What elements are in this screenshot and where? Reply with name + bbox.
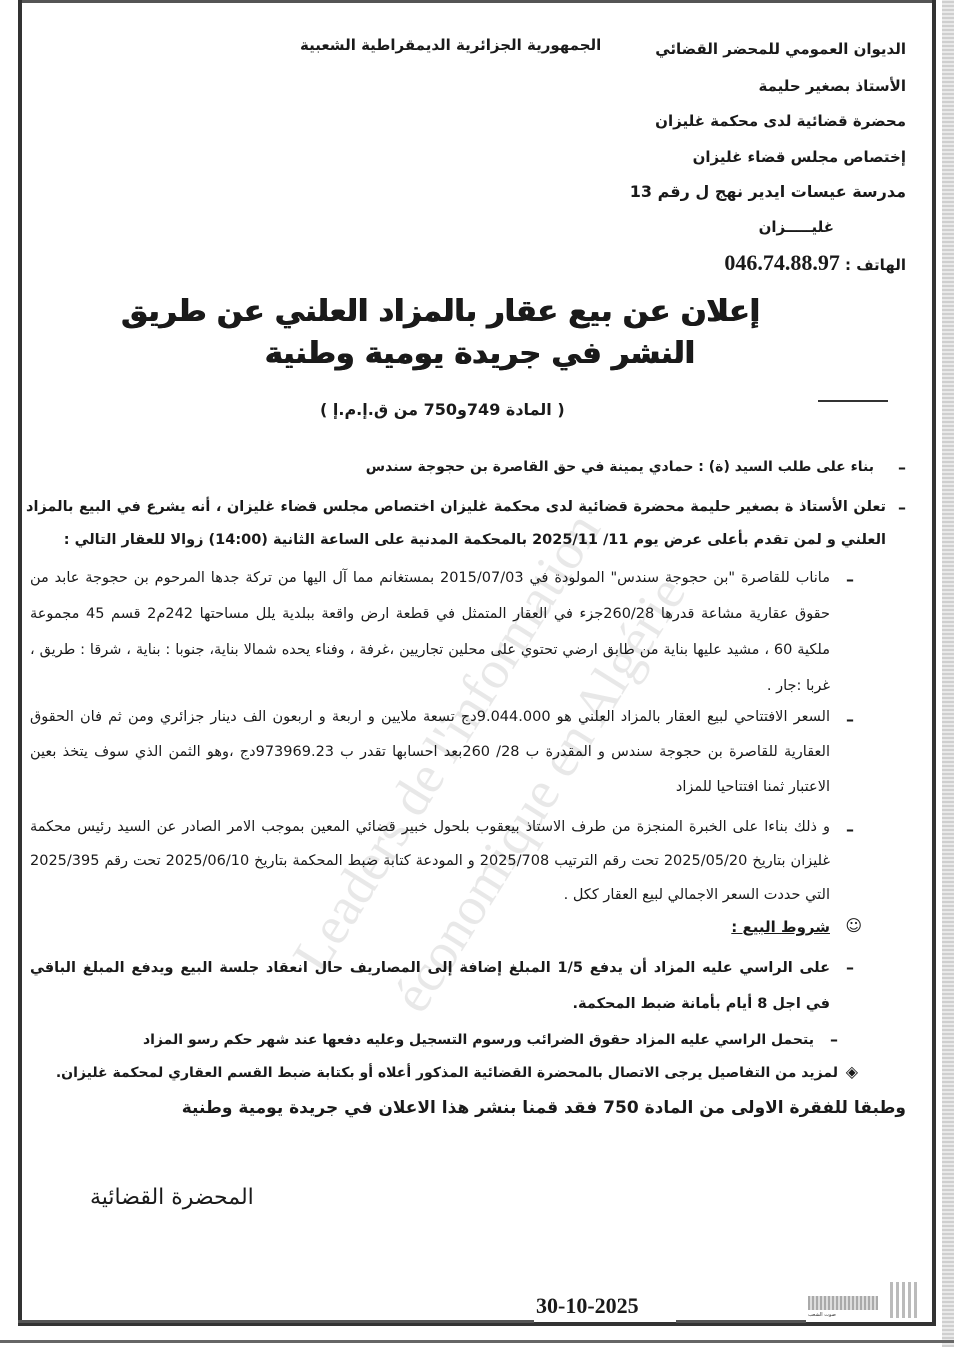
scan-edge-strip xyxy=(942,0,954,1347)
city: غليـــــزان xyxy=(759,218,834,236)
office-name: الديوان العمومي للمحضر القضائي xyxy=(655,40,906,58)
dash-bullet: – xyxy=(846,820,854,839)
address: مدرسة عيسات ايدير نهج ل رقم 13 xyxy=(630,182,906,201)
logo-wordmark xyxy=(808,1296,878,1310)
court-affiliation: محضرة قضائية لدى محكمة غليزان xyxy=(655,112,906,130)
newspaper-logo: صوت الشعب xyxy=(808,1282,918,1322)
article-reference: ( المادة 749و750 من ق.إ.م.إ ) xyxy=(320,400,565,419)
title-rule xyxy=(818,400,888,402)
announcement-paragraph: تعلن الأستاذ ة بصغير حليمة محضرة قضائية … xyxy=(26,491,886,557)
phone-number: 046.74.88.97 xyxy=(724,250,840,275)
dash-bullet: – xyxy=(846,710,854,729)
condition-item-2: يتحمل الراسي عليه المزاد حقوق الضرائب ور… xyxy=(54,1024,814,1057)
dash-bullet: – xyxy=(830,1030,838,1049)
condition-item-1: على الراسي عليه المزاد أن يدفع 1/5 المبل… xyxy=(30,950,830,1022)
footer-rule-right xyxy=(676,1320,806,1323)
dash-bullet: – xyxy=(846,958,854,977)
heading-bullet-icon: ☺ xyxy=(845,916,862,935)
dash-bullet: – xyxy=(898,458,906,477)
price-paragraph: السعر الافتتاحي لبيع العقار بالمزاد العل… xyxy=(30,700,830,805)
dash-bullet: – xyxy=(846,570,854,589)
bottom-rule xyxy=(0,1340,954,1343)
expertise-paragraph: و ذلك بناءا على الخبرة المنجزة من طرف ال… xyxy=(30,810,830,912)
phone-label: الهاتف : xyxy=(845,256,906,274)
signature: المحضرة القضائية xyxy=(90,1185,254,1210)
announcement-title-line-1: إعلان عن بيع عقار بالمزاد العلني عن طريق xyxy=(200,294,760,329)
conditions-heading: شروط البيع : xyxy=(731,918,830,936)
closing-statement: وطبقا للفقرة الاولى من المادة 750 فقد قم… xyxy=(182,1098,906,1118)
property-paragraph: ماناب للقاصرة "بن حجوجة سندس" المولودة ف… xyxy=(30,560,830,704)
republic-heading: الجمهورية الجزائرية الديمقراطية الشعبية xyxy=(300,36,601,54)
logo-tagline: صوت الشعب xyxy=(808,1312,836,1318)
publication-date: 30-10-2025 xyxy=(536,1293,639,1319)
jurisdiction: إختصاص مجلس قضاء غليزان xyxy=(693,148,906,166)
more-info-paragraph: لمزيد من التفاصيل يرجى الاتصال بالمحضرة … xyxy=(38,1057,838,1090)
request-paragraph: بناء على طلب السيد (ة) : حمادي يمينة في … xyxy=(54,451,874,484)
logo-mark-icon xyxy=(890,1282,918,1318)
bailiff-name: الأستاذ بصغير حليمة xyxy=(758,77,906,95)
dash-bullet: – xyxy=(898,498,906,517)
phone: الهاتف : 046.74.88.97 xyxy=(724,250,906,276)
info-bullet-icon: ◈ xyxy=(846,1062,858,1081)
footer-rule-left xyxy=(18,1320,534,1323)
announcement-title-line-2: النشر في جريدة يومية وطنية xyxy=(200,336,760,371)
